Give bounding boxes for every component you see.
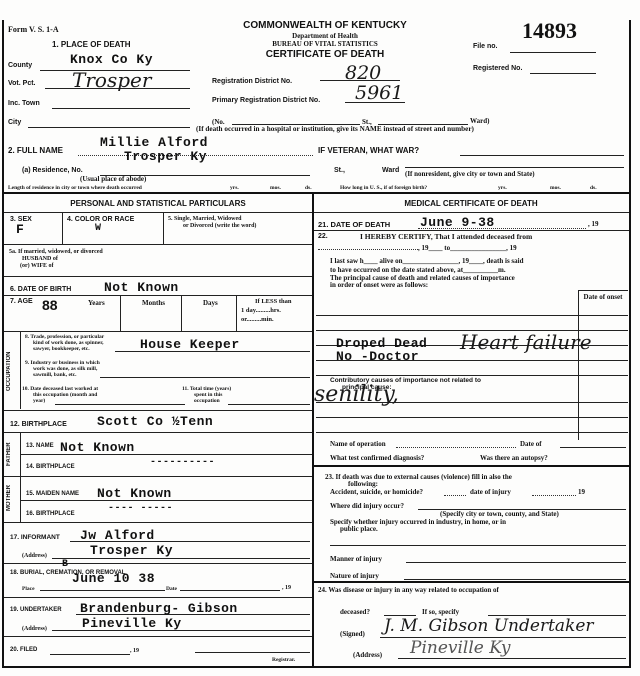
how-long-us-label: How long in U. S., if of foreign birth? [340, 184, 427, 192]
months-label: Months [142, 299, 165, 307]
primary-reg-value: 5961 [355, 82, 403, 104]
registered-no-line [530, 73, 596, 74]
onset-header-top [578, 290, 628, 291]
undertaker-value: Brandenburg- Gibson [80, 601, 238, 616]
sex-divider [62, 212, 63, 244]
signed-label: (Signed) [340, 630, 365, 638]
burial-mark: B [62, 559, 69, 570]
if-so-label: If so, specify [422, 608, 459, 616]
row-divider-10 [4, 597, 312, 598]
total-time-line [228, 404, 310, 405]
vot-pct-value: Trosper [72, 68, 151, 92]
length-residence-label: Length of residence in city or town wher… [8, 184, 142, 192]
registered-no-label: Registered No. [473, 65, 522, 72]
dob-value: Not Known [104, 280, 179, 295]
mother-side-label: MOTHER [6, 478, 12, 518]
residence-mos: mos. [270, 184, 281, 192]
occurred-at-text: to have occurred on the date stated abov… [330, 266, 506, 274]
undertaker-label: 19. UNDERTAKER [10, 607, 62, 613]
birthplace-label: 12. BIRTHPLACE [10, 421, 67, 428]
place-of-death-heading: 1. PLACE OF DEATH [52, 40, 131, 49]
operation-date-label: Date of [520, 440, 542, 448]
dob-label: 6. DATE OF BIRTH [10, 286, 71, 293]
from-line [318, 249, 418, 250]
father-birthplace-label: 14. BIRTHPLACE [26, 464, 75, 470]
where-injury-label: Where did injury occur? [330, 502, 404, 510]
residence-ward-label: Ward [382, 167, 399, 174]
vot-pct-label: Vot. Pct. [8, 80, 35, 87]
hospital-note: (If death occurred in a hospital or inst… [196, 125, 474, 133]
residence-st-label: St., [334, 167, 345, 174]
personal-heading: PERSONAL AND STATISTICAL PARTICULARS [4, 199, 312, 208]
nature-label: Nature of injury [330, 572, 379, 580]
address-value: Pineville Ky [410, 638, 510, 658]
informant-address-line [52, 558, 310, 559]
mother-birthplace-label: 16. BIRTHPLACE [26, 511, 75, 517]
external-causes-2: following: [348, 480, 378, 488]
accident-line [444, 495, 466, 497]
date-of-death-label: 21. DATE OF DEATH [318, 220, 390, 229]
occupation-related-2: deceased? [340, 608, 370, 616]
operation-date-line [560, 447, 626, 448]
occupation-related-1: 24. Was disease or injury in any way rel… [318, 586, 499, 594]
primary-reg-label: Primary Registration District No. [212, 97, 320, 104]
medical-heading: MEDICAL CERTIFICATE OF DEATH [314, 199, 628, 208]
mother-birthplace-value: ---- ----- [108, 503, 173, 514]
father-side-label: FATHER [6, 434, 12, 474]
burial-place-line [40, 590, 165, 591]
veteran-label: IF VETERAN, WHAT WAR? [318, 146, 419, 155]
total-time-3: occupation [194, 398, 220, 404]
row-divider-4 [4, 331, 312, 332]
burial-date-value: June 10 38 [72, 571, 155, 586]
industry-answer-line [330, 545, 626, 546]
father-birthplace-value: ---------- [150, 457, 215, 468]
less-than-3: or.........min. [241, 316, 274, 324]
specify-industry-2: public place. [340, 525, 378, 533]
certify-number: 22. [318, 233, 328, 240]
injury-date-label: date of injury [470, 488, 511, 496]
mother-side-divider [20, 476, 21, 522]
burial-date-label: Date [166, 585, 177, 593]
principal-cause-2: in order of onset were as follows: [330, 281, 428, 289]
file-no-label: File no. [473, 43, 498, 50]
father-name-label: 13. NAME [26, 443, 54, 449]
abode-note: (Usual place of abode) [80, 175, 146, 183]
cause-line-1 [316, 315, 628, 316]
row-divider-11 [4, 636, 312, 637]
row-divider-5 [4, 410, 312, 411]
sex-value: F [16, 222, 24, 237]
row-divider-6 [4, 432, 312, 433]
row-divider-9 [4, 563, 312, 564]
medical-divider-1 [314, 230, 629, 231]
birthplace-value: Scott Co ½Tenn [97, 414, 213, 429]
section-divider [2, 192, 631, 194]
informant-value: Jw Alford [80, 528, 155, 543]
injury-date-line [532, 495, 576, 497]
last-worked-line [55, 404, 185, 405]
age-divider-1 [120, 295, 121, 331]
years-label: Years [88, 299, 105, 307]
commonwealth-title: COMMONWEALTH OF KENTUCKY [215, 20, 435, 31]
bureau-title: BUREAU OF VITAL STATISTICS [215, 40, 435, 48]
mother-name-value: Not Known [97, 486, 172, 501]
manner-label: Manner of injury [330, 555, 382, 563]
nonresident-note: (If nonresident, give city or town and S… [405, 170, 535, 178]
us-mos: mos. [550, 184, 561, 192]
full-name-label: 2. FULL NAME [8, 146, 63, 155]
left-border [2, 20, 4, 668]
county-label: County [8, 62, 32, 69]
injury-year: 19 [578, 488, 585, 496]
date-of-death-year: , 19 [588, 220, 599, 228]
burial-year: , 19 [282, 584, 291, 592]
cause-line-7 [316, 417, 628, 418]
residence-ward-line [405, 167, 624, 168]
spouse-label-3: (or) WIFE of [20, 262, 54, 270]
certify-text: I HEREBY CERTIFY, That I attended deceas… [360, 233, 532, 241]
informant-address-label: (Address) [22, 552, 47, 560]
date-of-death-value: June 9-38 [420, 215, 495, 230]
undertaker-address-label: (Address) [22, 625, 47, 633]
informant-label: 17. INFORMANT [10, 534, 60, 541]
filed-line [50, 654, 130, 655]
row-divider-2 [4, 276, 312, 277]
age-value: 88 [42, 297, 58, 313]
race-divider [163, 212, 164, 244]
row-divider-3 [4, 295, 312, 296]
row-divider-7 [4, 476, 312, 477]
registrar-label: Registrar. [272, 656, 295, 664]
last-saw-text: I last saw h____ alive on_______________… [330, 257, 524, 265]
address-label: (Address) [353, 651, 382, 659]
manner-line [406, 562, 626, 563]
filed-label: 20. FILED [10, 647, 37, 653]
filed-year: , 19 [130, 647, 139, 655]
residence-ds: ds. [305, 184, 312, 192]
mother-name-label: 15. MAIDEN NAME [26, 491, 79, 497]
days-label: Days [203, 299, 218, 307]
mother-divider [20, 500, 312, 501]
autopsy-label: Was there an autopsy? [480, 454, 548, 462]
burial-date-line [180, 590, 280, 591]
us-yrs: yrs. [498, 184, 507, 192]
occupation-side-label: OCCUPATION [6, 334, 12, 408]
inc-town-line [52, 108, 190, 109]
industry-label-3: sawmill, bank, etc. [33, 372, 77, 378]
department-title: Department of Health [215, 32, 435, 40]
father-name-value: Not Known [60, 440, 135, 455]
age-label: 7. AGE [10, 298, 33, 305]
full-name-value: Millie Alford [100, 135, 208, 150]
residence-label: (a) Residence, No. [22, 167, 83, 174]
trade-label-3: sawyer, bookkeeper, etc. [33, 346, 90, 352]
informant-address-value: Trosper Ky [90, 543, 173, 558]
bottom-border [2, 666, 631, 668]
undertaker-address-value: Pineville Ky [82, 616, 182, 631]
certificate-stamp-number: 14893 [522, 18, 577, 44]
cause-line-8 [316, 432, 628, 433]
less-than-2: 1 day.........hrs. [241, 307, 281, 315]
address-line [398, 658, 626, 659]
operation-label: Name of operation [330, 440, 386, 448]
nature-line [404, 579, 626, 580]
residence-yrs: yrs. [230, 184, 239, 192]
marital-label-2: or Divorced (write the word) [183, 222, 256, 230]
race-label: 4. COLOR OR RACE [67, 216, 134, 223]
us-ds: ds. [590, 184, 597, 192]
occupation-side-divider [20, 331, 21, 409]
less-than-1: If LESS than [255, 298, 292, 306]
county-value: Knox Co Ky [70, 52, 153, 67]
reg-district-value: 820 [345, 62, 381, 84]
cause-handwritten: Heart failure [460, 330, 592, 354]
trade-value: House Keeper [140, 337, 240, 352]
veteran-line [460, 155, 624, 156]
certify-from-to: , 19____ to________________, 19 [318, 244, 517, 252]
burial-place-label: Place [22, 585, 35, 593]
inc-town-label: Inc. Town [8, 100, 40, 107]
city-line [28, 127, 190, 128]
test-label: What test confirmed diagnosis? [330, 454, 424, 462]
date-of-onset-label: Date of onset [580, 293, 626, 301]
reg-district-label: Registration District No. [212, 78, 292, 85]
death-certificate: Form V. S. 1-A COMMONWEALTH OF KENTUCKY … [0, 0, 640, 676]
last-worked-3: year) [33, 398, 45, 404]
form-number: Form V. S. 1-A [8, 26, 59, 34]
operation-line [396, 447, 516, 449]
file-no-line [510, 52, 596, 53]
contributory-value: senility, [314, 382, 399, 407]
cause-typed-2: No -Doctor [336, 349, 419, 364]
row-divider-1 [4, 244, 312, 245]
specify-city-note: (Specify city or town, county, and State… [440, 510, 559, 518]
race-value: W [95, 223, 102, 234]
industry-line [100, 377, 310, 378]
registrar-line [195, 652, 310, 653]
medical-divider-2 [314, 465, 629, 467]
age-divider-2 [181, 295, 182, 331]
column-divider [312, 192, 314, 666]
from-to-text: , 19____ to________________, 19 [418, 244, 517, 252]
medical-divider-3 [314, 581, 629, 583]
personal-heading-line [4, 212, 312, 213]
signed-value: J. M. Gibson Undertaker [384, 616, 594, 636]
address-ward-label: Ward) [470, 117, 489, 125]
right-border [629, 20, 631, 668]
residence-value: Trosper Ky [124, 149, 207, 164]
city-label: City [8, 119, 21, 126]
cause-line-5 [316, 375, 628, 376]
age-divider-3 [236, 295, 237, 331]
row-divider-8 [4, 522, 312, 523]
medical-heading-line [314, 212, 629, 213]
accident-label: Accident, suicide, or homicide? [330, 488, 423, 496]
certificate-title: CERTIFICATE OF DEATH [215, 49, 435, 60]
father-divider [20, 454, 312, 455]
